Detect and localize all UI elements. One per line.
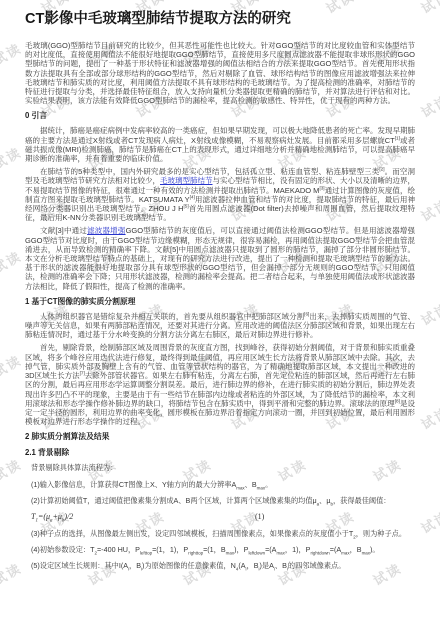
- text-run: )为原始图像的任意像素值，N: [142, 561, 236, 570]
- section-heading-algorithm-results: 2 肺实质分割算法及结果: [25, 432, 415, 442]
- algorithm-step-3: (3)种子点的选择，从图像最左侧出发，设定四邻域模板，扫描周围像素点，如果像素点…: [25, 529, 415, 538]
- text-run: 、μ: [319, 496, 330, 505]
- subscript-text: righttop: [188, 550, 203, 555]
- text-run: ，B: [247, 561, 259, 570]
- paper-title: CT影像中毛玻璃型肺结节提取方法的研究: [25, 10, 415, 29]
- text-run: =(1，B: [203, 545, 226, 554]
- text-run: ，获得最佳阈值：: [333, 496, 391, 505]
- text-run: 。: [265, 480, 272, 489]
- text-run: 、B: [245, 480, 257, 489]
- subscript-text: max: [236, 485, 244, 490]
- intro-paragraph-1: 据统计，肺癌是癌症病例中发病率较高的一类癌症，但如果早期发现，可以极大地降低患者…: [25, 126, 415, 163]
- text-run: =(A: [330, 545, 341, 554]
- text-run: =(A: [265, 545, 276, 554]
- text-run: =-400 HU，P: [97, 545, 140, 554]
- text-run: 的四邻域像素点。: [288, 561, 346, 570]
- equation-1-expression: T1=(μa+μb)/2: [31, 512, 73, 521]
- text-run: )是A: [260, 561, 274, 570]
- text-run: ，B: [129, 561, 141, 570]
- text-run: (2)计算初始阈值T，通过阈值把像素集分割成A、B两个区域，计算两个区域像素集的…: [31, 496, 317, 505]
- abstract-paragraph: 毛玻璃(GGO)型肺结节目前研究的比较少，但其恶性可能性也比较大。针对GGO型结…: [25, 41, 415, 105]
- text-run: (A: [238, 561, 245, 570]
- text-run: =(1，1)，P: [152, 545, 188, 554]
- algorithm-step-1: (1)输入影像信息，计算获得CT图像上X、Y轴方向的最大分辨率Amax、Bmax…: [25, 480, 415, 489]
- text-run: 毛玻璃(GGO)型肺结节目前研究的比较少，但其恶性可能性也比较大。针对GGO型结…: [25, 41, 415, 105]
- text-run: 去除外部管状器官。如果左右肺有粘连，分离左右肺，首先定位粘连的肺部区域，然后再进…: [25, 371, 415, 408]
- text-run: 在肺结节的5种类型中，国内外研究最多的是实心型结节，包括孤立型、粘连血管型、粘连…: [40, 167, 379, 176]
- principle-paragraph-1: 人体的组织器官是错综复杂并相互关联的，首先要从组织器官中把肺部区域分割[6]出来…: [25, 312, 415, 340]
- text-run: ，则为种子点。: [356, 529, 406, 538]
- algorithm-step-4: (4)初始参数设定：T2=-400 HU，Plefttop=(1，1)，Prig…: [25, 545, 415, 554]
- inline-keyword-link[interactable]: 毛玻璃型肺结节: [160, 176, 213, 185]
- subscript-text: lefttop: [140, 550, 152, 555]
- subscript-text: max: [276, 550, 284, 555]
- text-run: )，P: [234, 545, 248, 554]
- document-page: 试读试读试读试读试读试读试读试读试读试读试读试读试读试读试读试读试读试读试读试读…: [0, 0, 440, 620]
- text-run: =(μ: [38, 512, 50, 521]
- text-run: (3)种子点的选择，从图像最左侧出发，设定四邻域模板，扫描周围像素点，如果像素点…: [31, 529, 353, 538]
- algorithm-intro-line: 背景剔除具体算法流程为：: [25, 463, 415, 472]
- section-heading-introduction: 0 引言: [25, 111, 415, 121]
- text-run: )。: [370, 545, 380, 554]
- algorithm-step-2: (2)计算初始阈值T，通过阈值把像素集分割成A、B两个区域，计算两个区域像素集的…: [25, 496, 415, 505]
- text-run: (1)输入影像信息，计算获得CT图像上X、Y轴方向的最大分辨率A: [31, 480, 236, 489]
- text-run: (4)初始参数设定：T: [31, 545, 95, 554]
- text-run: )/2: [64, 512, 73, 521]
- text-run: ，1)，P: [285, 545, 311, 554]
- section-heading-segmentation-principle: 1 基于CT图像的肺实质分割原理: [25, 297, 415, 307]
- page-content: CT影像中毛玻璃型肺结节提取方法的研究 毛玻璃(GGO)型肺结节目前研究的比较少…: [0, 0, 440, 570]
- text-run: 人体的组织器官是错综复杂并相互关联的，首先要从组织器官中把肺部区域分割: [40, 312, 304, 321]
- subscript-text: max: [226, 550, 234, 555]
- equation-1-row: T1=(μa+μb)/2 (1): [25, 512, 415, 522]
- text-run: 据统计，肺癌是癌症病例中发病率较高的一类癌症，但如果早期发现，可以极大地降低患者…: [25, 126, 415, 144]
- text-run: +μ: [53, 512, 62, 521]
- principle-paragraph-2: 首先，剔除背景，绘制肺部区域及周围背景的灰度直方图，找到峰谷，获得初始分割阈值，…: [25, 343, 415, 426]
- equation-1-number: (1): [255, 512, 264, 521]
- subsection-heading-background-removal: 2.1 背景剔除: [25, 448, 415, 458]
- text-run: ，B: [350, 545, 362, 554]
- inline-keyword-link[interactable]: 滤波器增强: [87, 226, 126, 235]
- subscript-text: max: [257, 485, 265, 490]
- algorithm-step-5: (5)设定区域生长规则：其中I(Ai，Bi)为原始图像的任意像素值，N4(Ai，…: [25, 561, 415, 570]
- text-run: 文献[3]中通过: [40, 226, 87, 235]
- subscript-text: rightdown: [310, 550, 329, 555]
- subscript-text: max: [341, 550, 349, 555]
- text-run: GGO型肺结节的灰度值后，可以直接通过阈值法检测GGO型结节。但是用滤波器增强G…: [25, 226, 415, 290]
- intro-paragraph-2: 在肺结节的5种类型中，国内外研究最多的是实心型结节，包括孤立型、粘连血管型、粘连…: [25, 167, 415, 222]
- subscript-text: max: [362, 550, 370, 555]
- subscript-text: leftdown: [248, 550, 265, 555]
- intro-paragraph-3: 文献[3]中通过滤波器增强GGO型肺结节的灰度值后，可以直接通过阈值法检测GGO…: [25, 226, 415, 290]
- text-run: (5)设定区域生长规则：其中I(A: [31, 561, 128, 570]
- text-run: 、B: [275, 561, 287, 570]
